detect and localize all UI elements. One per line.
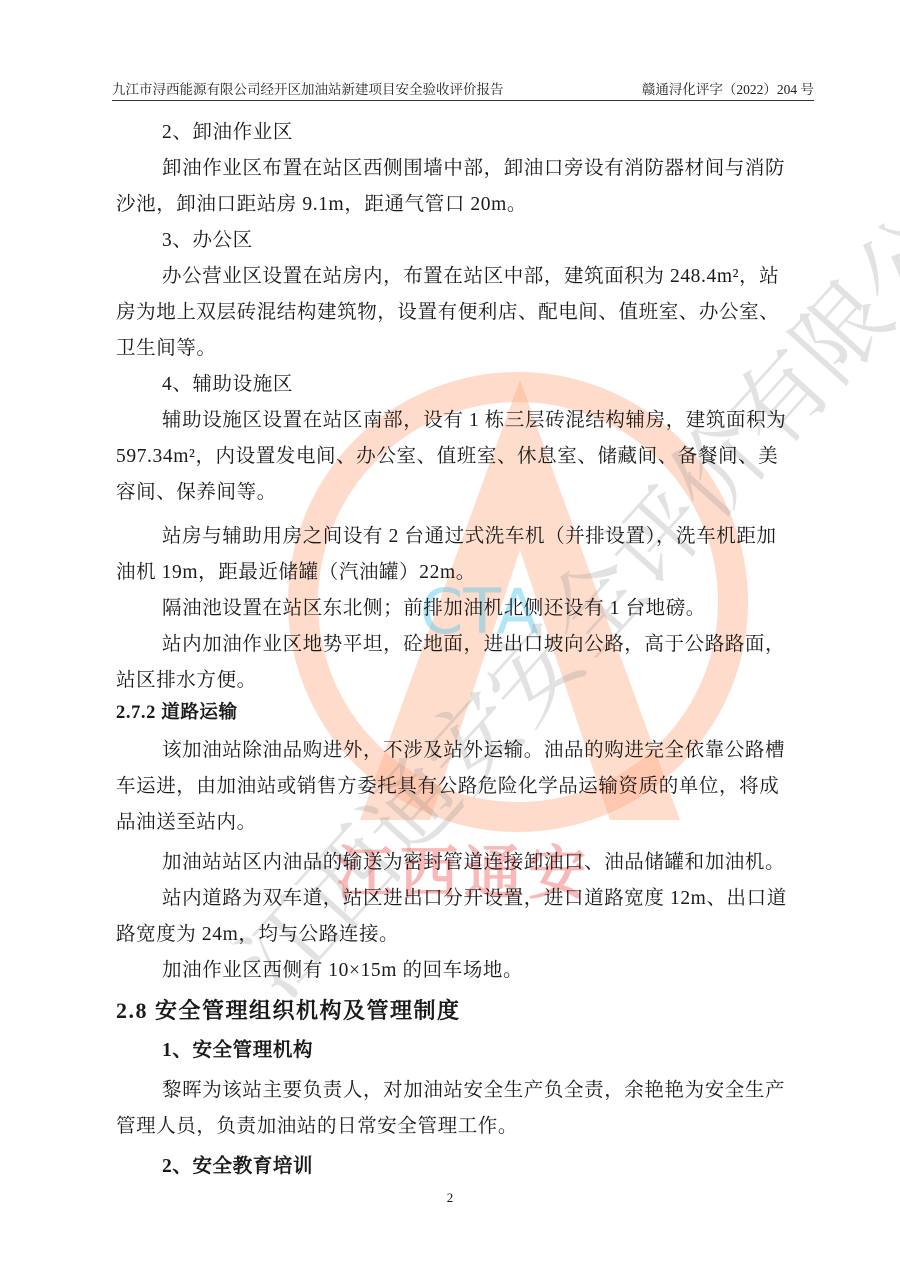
document-page: CTA 江西通安安全评价有限公司 江西通安 九江市浔西能源有限公司经开区加油站新… xyxy=(0,0,900,1272)
header-divider xyxy=(112,100,814,101)
paragraph-line: 容间、保养间等。 xyxy=(116,476,277,504)
paragraph-line: 黎晖为该站主要负责人，对加油站安全生产负全责，余艳艳为安全生产 xyxy=(162,1074,785,1102)
paragraph-line: 卫生间等。 xyxy=(116,332,217,360)
paragraph-line: 路宽度为 24m，均与公路连接。 xyxy=(116,918,399,946)
paragraph-line: 沙池，卸油口距站房 9.1m，距通气管口 20m。 xyxy=(116,188,527,216)
paragraph-line: 加油站站区内油品的输送为密封管道连接卸油口、油品储罐和加油机。 xyxy=(162,846,785,874)
paragraph-line: 辅助设施区设置在站区南部，设有 1 栋三层砖混结构辅房，建筑面积为 xyxy=(162,404,786,432)
paragraph-line: 站房与辅助用房之间设有 2 台通过式洗车机（并排设置），洗车机距加 xyxy=(162,520,777,548)
paragraph-line: 品油送至站内。 xyxy=(116,806,257,834)
paragraph-line: 该加油站除油品购进外，不涉及站外运输。油品的购进完全依靠公路槽 xyxy=(162,734,785,762)
paragraph-line: 站内加油作业区地势平坦，砼地面，进出口坡向公路，高于公路路面， xyxy=(162,628,785,656)
running-header: 九江市浔西能源有限公司经开区加油站新建项目安全验收评价报告 赣通浔化评字（202… xyxy=(112,78,814,98)
page-number: 2 xyxy=(0,1190,900,1206)
header-report-number: 赣通浔化评字（2022）204 号 xyxy=(642,78,814,98)
subheading-safety-training: 2、安全教育培训 xyxy=(162,1150,313,1178)
paragraph-line: 站内道路为双车道，站区进出口分开设置，进口道路宽度 12m、出口道 xyxy=(162,882,787,910)
paragraph-line: 油机 19m，距最近储罐（汽油罐）22m。 xyxy=(116,556,476,584)
paragraph-line: 站区排水方便。 xyxy=(116,664,257,692)
subheading-office-area: 3、办公区 xyxy=(162,224,253,252)
paragraph-line: 管理人员，负责加油站的日常安全管理工作。 xyxy=(116,1110,518,1138)
subheading-auxiliary-area: 4、辅助设施区 xyxy=(162,368,293,396)
subheading-safety-organization: 1、安全管理机构 xyxy=(162,1034,313,1062)
paragraph-line: 卸油作业区布置在站区西侧围墙中部，卸油口旁设有消防器材间与消防 xyxy=(162,152,785,180)
section-heading-2-8: 2.8 安全管理组织机构及管理制度 xyxy=(116,994,461,1025)
subheading-unloading-area: 2、卸油作业区 xyxy=(162,116,293,144)
paragraph-line: 597.34m²，内设置发电间、办公室、值班室、休息室、储藏间、备餐间、美 xyxy=(116,440,778,468)
paragraph-line: 隔油池设置在站区东北侧；前排加油机北侧还设有 1 台地磅。 xyxy=(162,592,706,620)
paragraph-line: 办公营业区设置在站房内，布置在站区中部，建筑面积为 248.4m²，站 xyxy=(162,260,779,288)
header-report-title: 九江市浔西能源有限公司经开区加油站新建项目安全验收评价报告 xyxy=(112,78,504,98)
section-heading-2-7-2: 2.7.2 道路运输 xyxy=(116,698,238,724)
paragraph-line: 加油作业区西侧有 10×15m 的回车场地。 xyxy=(162,954,523,982)
paragraph-line: 房为地上双层砖混结构建筑物，设置有便利店、配电间、值班室、办公室、 xyxy=(116,296,779,324)
paragraph-line: 车运进，由加油站或销售方委托具有公路危险化学品运输资质的单位，将成 xyxy=(116,770,779,798)
